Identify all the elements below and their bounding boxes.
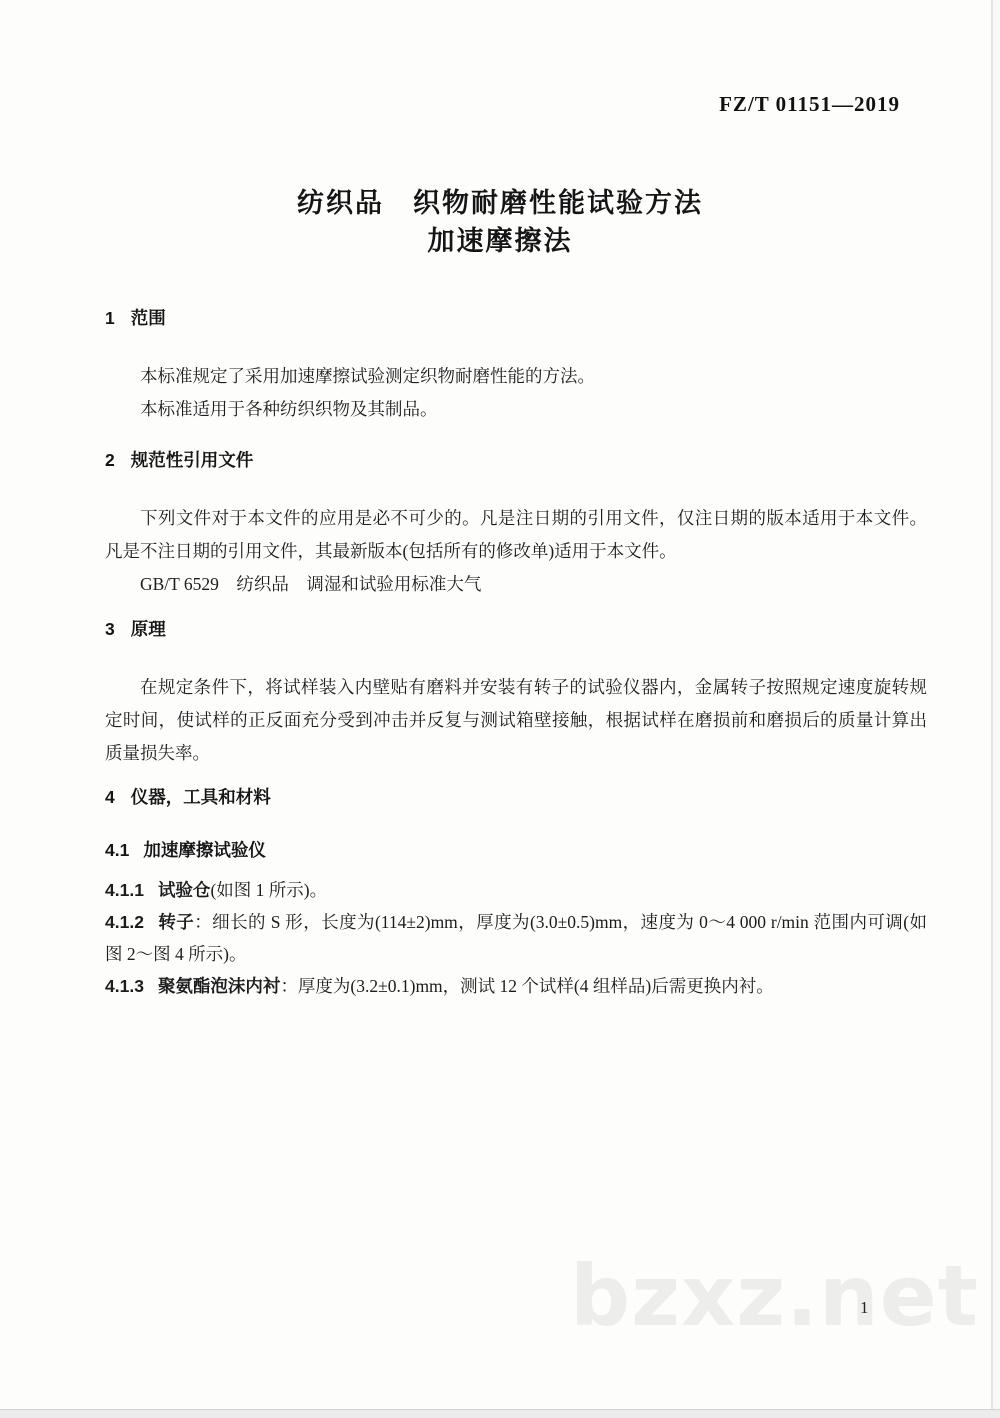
clause-4-1-3-text: ：厚度为(3.2±0.1)mm，测试 12 个试样(4 组样品)后需更换内衬。 xyxy=(280,976,773,996)
clause-4-1-1-text: (如图 1 所示)。 xyxy=(210,880,327,900)
section-1-title: 范围 xyxy=(131,308,166,328)
section-3-number: 3 xyxy=(105,619,115,640)
section-2-title: 规范性引用文件 xyxy=(131,450,254,470)
scan-right-edge-fill xyxy=(993,0,1000,1418)
section-3-heading: 3原理 xyxy=(105,616,166,641)
paragraph: 本标准适用于各种纺织织物及其制品。 xyxy=(105,393,927,426)
clause-4-1-3-number: 4.1.3 xyxy=(105,976,144,996)
section-1-number: 1 xyxy=(105,308,115,329)
section-3-body: 在规定条件下，将试样装入内壁贴有磨料并安装有转子的试验仪器内，金属转子按照规定速… xyxy=(105,671,927,770)
clause-4-1-1-term: 试验仓 xyxy=(158,880,211,900)
document-title-line2: 加速摩擦法 xyxy=(0,222,1000,260)
scanned-standard-page: FZ/T 01151—2019 纺织品 织物耐磨性能试验方法 加速摩擦法 1范围… xyxy=(0,0,1000,1418)
section-1-body: 本标准规定了采用加速摩擦试验测定织物耐磨性能的方法。 本标准适用于各种纺织织物及… xyxy=(105,360,927,426)
document-title-line1: 纺织品 织物耐磨性能试验方法 xyxy=(0,184,1000,222)
clause-4-1-3: 4.1.3聚氨酯泡沫内衬：厚度为(3.2±0.1)mm，测试 12 个试样(4 … xyxy=(105,970,927,1002)
clause-4-1-1: 4.1.1试验仓(如图 1 所示)。 xyxy=(105,874,927,906)
scan-bottom-edge xyxy=(0,1409,1000,1418)
standard-code: FZ/T 01151—2019 xyxy=(719,92,900,117)
site-watermark: bzxz.net xyxy=(570,1252,979,1340)
clause-4-1-3-term: 聚氨酯泡沫内衬 xyxy=(158,976,281,996)
section-2-body: 下列文件对于本文件的应用是必不可少的。凡是注日期的引用文件，仅注日期的版本适用于… xyxy=(105,502,927,601)
section-2-heading: 2规范性引用文件 xyxy=(105,447,253,472)
section-4-1-number: 4.1 xyxy=(105,840,129,861)
section-4-number: 4 xyxy=(105,787,115,808)
clause-4-1-1-number: 4.1.1 xyxy=(105,880,144,900)
section-4-heading: 4仪器，工具和材料 xyxy=(105,784,271,809)
section-2-number: 2 xyxy=(105,450,115,471)
document-title: 纺织品 织物耐磨性能试验方法 加速摩擦法 xyxy=(0,184,1000,260)
section-3-title: 原理 xyxy=(131,619,166,639)
paragraph: 本标准规定了采用加速摩擦试验测定织物耐磨性能的方法。 xyxy=(105,360,927,393)
normative-reference: GB/T 6529 纺织品 调湿和试验用标准大气 xyxy=(105,568,927,601)
page-number: 1 xyxy=(860,1298,869,1318)
clause-4-1-2: 4.1.2转子：细长的 S 形，长度为(114±2)mm，厚度为(3.0±0.5… xyxy=(105,906,927,970)
section-4-1-heading: 4.1加速摩擦试验仪 xyxy=(105,837,266,862)
clause-4-1-2-number: 4.1.2 xyxy=(105,912,144,932)
paragraph: 在规定条件下，将试样装入内壁贴有磨料并安装有转子的试验仪器内，金属转子按照规定速… xyxy=(105,671,927,770)
clause-4-1-2-term: 转子 xyxy=(158,912,194,932)
clause-4-1-2-text: ：细长的 S 形，长度为(114±2)mm，厚度为(3.0±0.5)mm，速度为… xyxy=(105,912,927,964)
paragraph: 下列文件对于本文件的应用是必不可少的。凡是注日期的引用文件，仅注日期的版本适用于… xyxy=(105,502,927,568)
section-1-heading: 1范围 xyxy=(105,305,166,330)
section-4-title: 仪器，工具和材料 xyxy=(131,787,271,807)
section-4-1-title: 加速摩擦试验仪 xyxy=(143,840,266,860)
